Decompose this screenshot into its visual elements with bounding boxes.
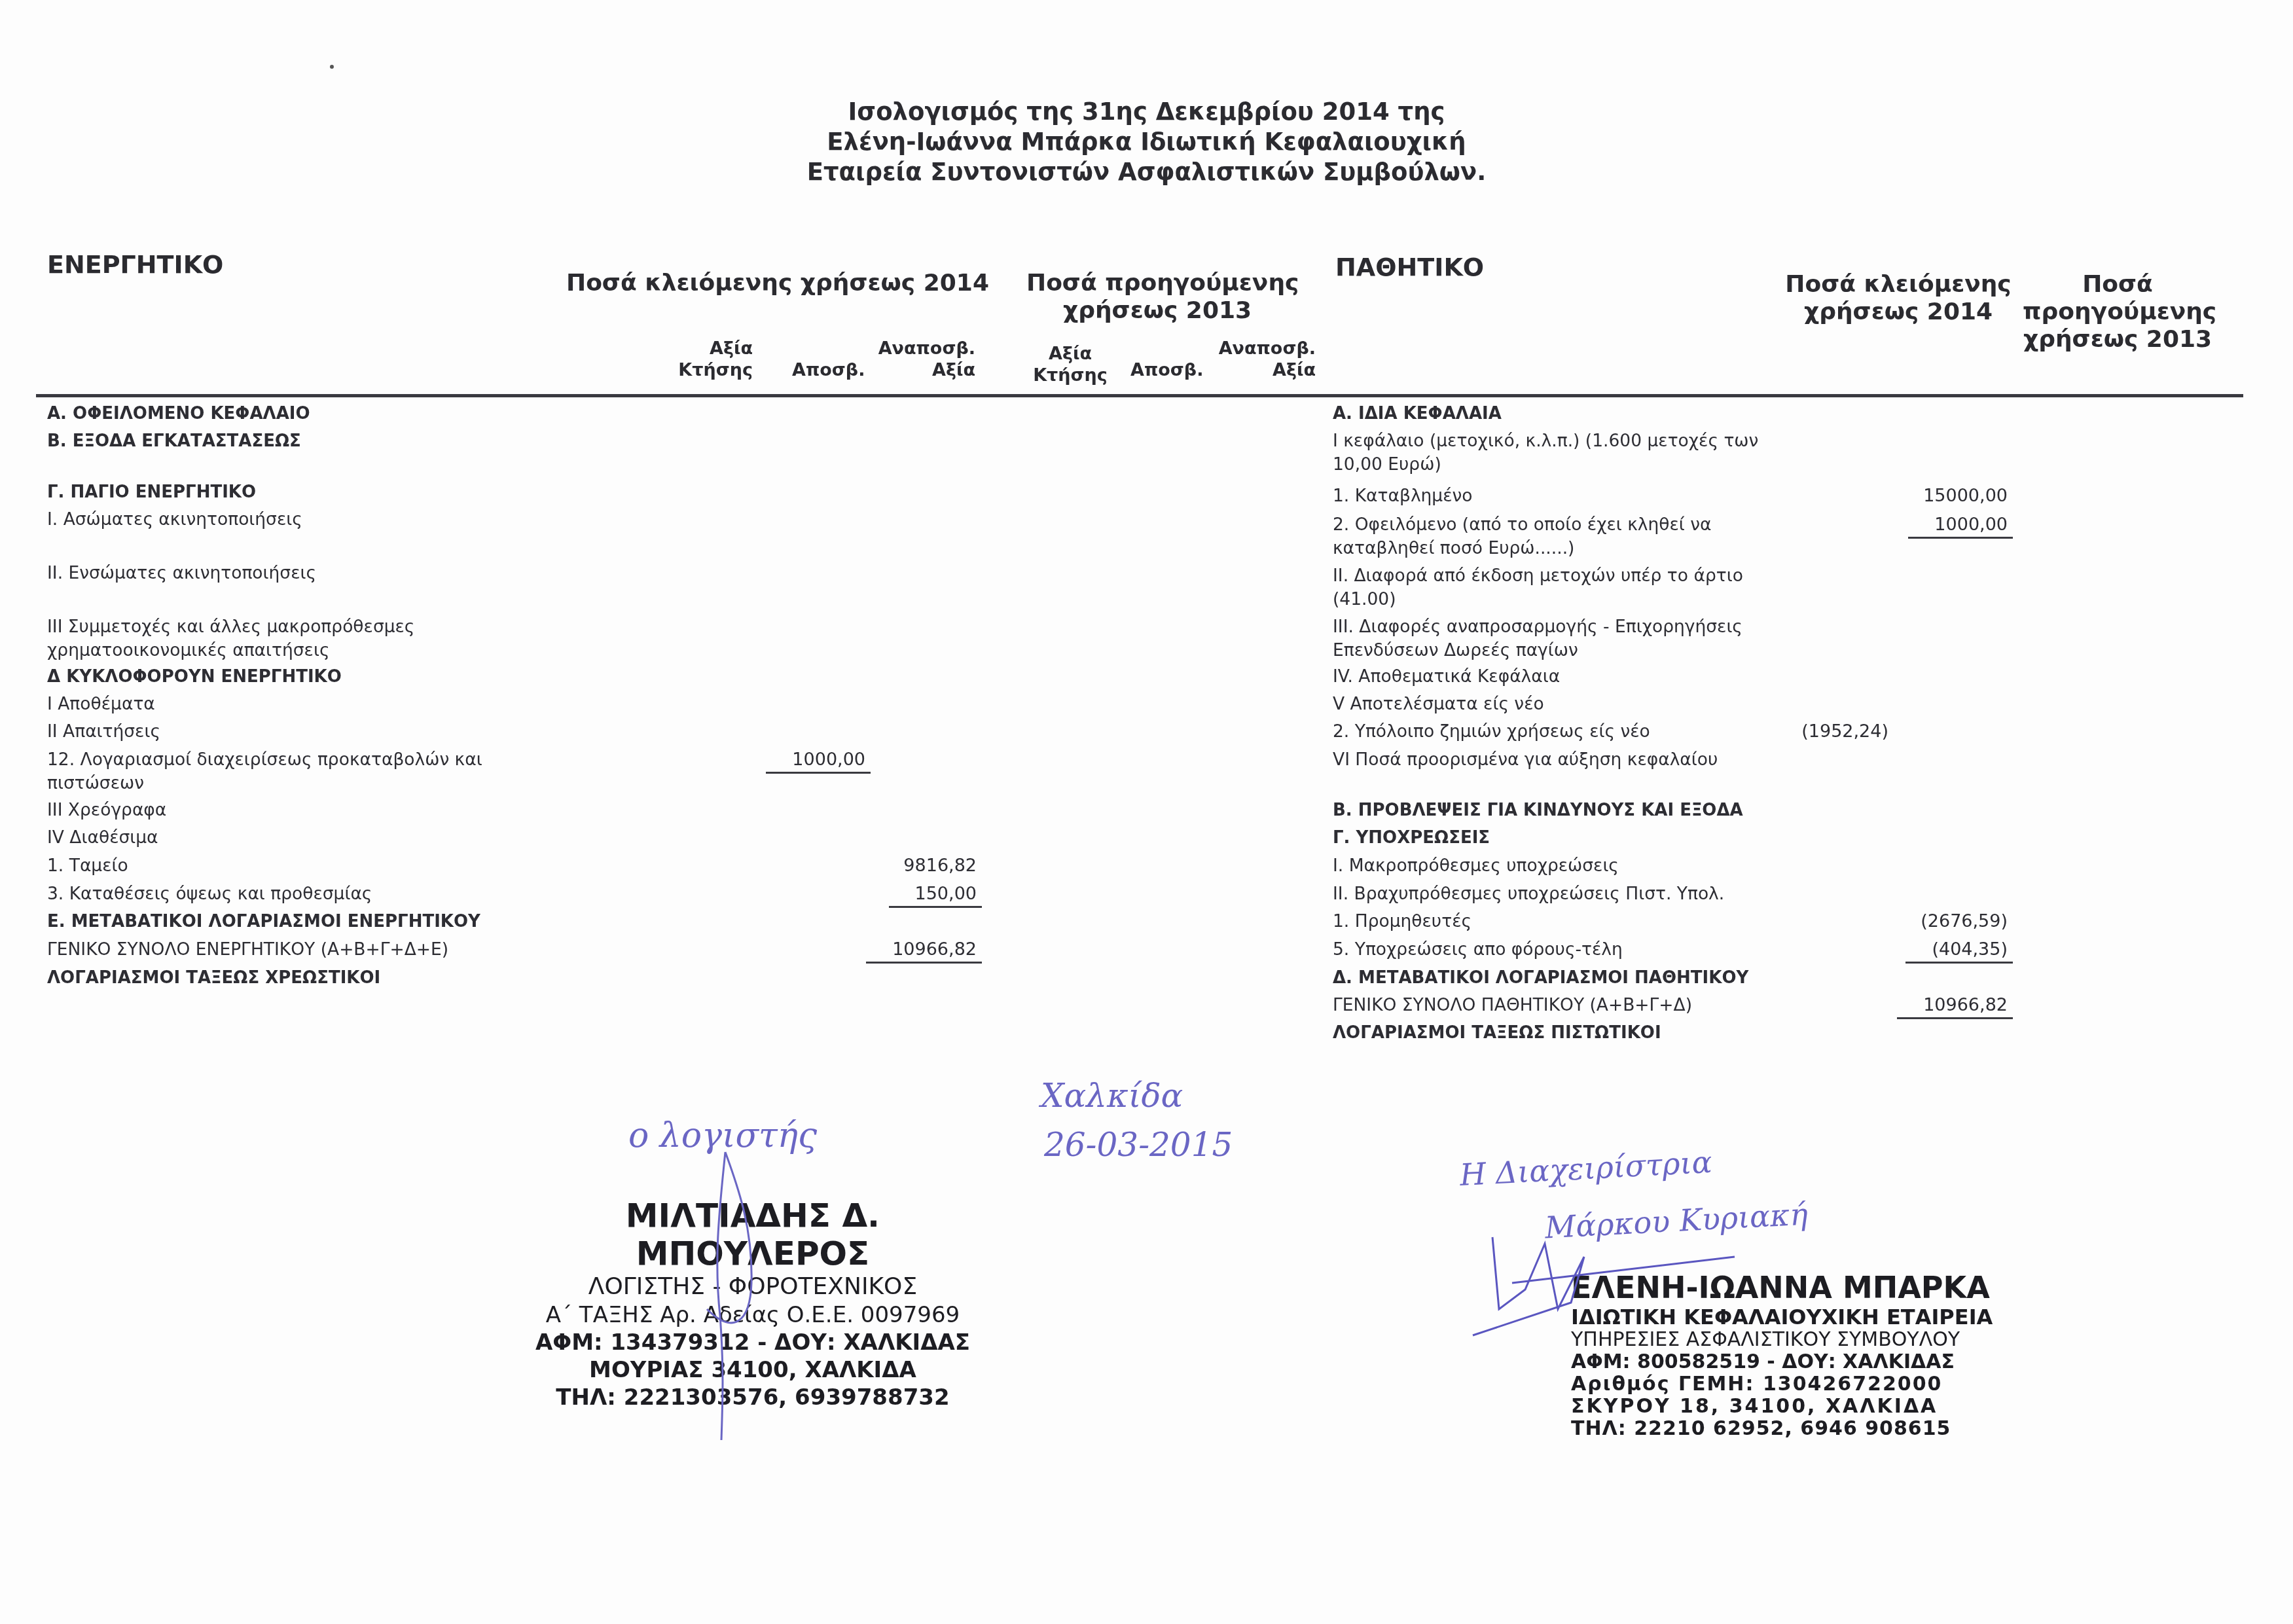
subcol-label: Κτήσης [661,359,753,381]
handwritten-date: 26-03-2015 [1044,1126,1233,1164]
liability-row-label: VI Ποσά προορισμένα για αύξηση κεφαλαίου [1333,748,1791,772]
asset-row-label: Α. ΟΦΕΙΛΟΜΕΝΟ ΚΕΦΑΛΑΙΟ [47,402,505,425]
liabilities-col-2014-header: Ποσά κλειόμενης χρήσεως 2014 [1780,271,2016,326]
handwritten-accountant-label: ο λογιστής [628,1116,817,1155]
liability-row-label: ΛΟΓΑΡΙΑΣΜΟΙ ΤΑΞΕΩΣ ΠΙΣΤΩΤΙΚΟΙ [1333,1021,1791,1045]
accountant-license: Α΄ ΤΑΞΗΣ Αρ. Αδείας Ο.Ε.Ε. 0097969 [524,1301,982,1329]
liab-col-2013-line-3: χρήσεως 2013 [2023,326,2212,353]
liability-row-label: 2. Υπόλοιπο ζημιών χρήσεως είς νέο [1333,720,1791,744]
company-phone: ΤΗΛ: 22210 62952, 6946 908615 [1571,1418,2016,1440]
liability-row-label: 2. Οφειλόμενο (από το οποίο έχει κληθεί … [1333,513,1791,560]
subcol-label: Αναποσβ. [1191,338,1316,359]
liabilities-heading: ΠΑΘΗΤΙΚΟ [1335,253,1484,281]
liabilities-col-2013-header: Ποσά προηγούμενης χρήσεως 2013 [2023,271,2212,353]
asset-row-label: ΙΙ. Ενσώματες ακινητοποιήσεις [47,562,505,585]
asset-value-net-2014: 150,00 [889,882,982,908]
liability-row-label: Β. ΠΡΟΒΛΕΨΕΙΣ ΓΙΑ ΚΙΝΔΥΝΟΥΣ ΚΑΙ ΕΞΟΔΑ [1333,799,1791,822]
liability-row-label: ΙΙ. Διαφορά από έκδοση μετοχών υπέρ το ά… [1333,564,1791,611]
manager-signature [1473,1231,1735,1335]
subcol-label: Αναποσβ. [851,338,975,359]
liability-row-label: 1. Καταβλημένο [1333,484,1791,508]
asset-row-label: 3. Καταθέσεις όψεως και προθεσμίας [47,882,505,906]
handwritten-manager-label: Η Διαχειρίστρια [1459,1144,1713,1193]
document-title-line-2: Ελένη-Ιωάννα Μπάρκα Ιδιωτική Κεφαλαιουχι… [0,127,2293,157]
header-divider [36,394,2243,397]
asset-row-label: IV Διαθέσιμα [47,826,505,850]
asset-value-acq-2014: 1000,00 [766,748,871,774]
liability-row-label: 5. Υποχρεώσεις απο φόρους-τέλη [1333,938,1791,962]
subcol-label: Αξία [661,338,753,359]
liability-value-2014: (404,35) [1905,938,2013,964]
asset-value-net-2014: 10966,82 [866,938,982,964]
company-gemi: Αριθμός ΓΕΜΗ: 130426722000 [1571,1373,2016,1396]
liability-row-label: ΓΕΝΙΚΟ ΣΥΝΟΛΟ ΠΑΘΗΤΙΚΟΥ (Α+Β+Γ+Δ) [1333,994,1791,1017]
subcol-label: Αξία [851,359,975,381]
asset-row-label: 12. Λογαριασμοί διαχειρίσεως προκαταβολώ… [47,748,505,795]
liability-value-2014: 15000,00 [1923,484,2013,508]
accountant-phone: ΤΗΛ: 2221303576, 6939788732 [524,1384,982,1411]
asset-row-label: ΓΕΝΙΚΟ ΣΥΝΟΛΟ ΕΝΕΡΓΗΤΙΚΟΥ (Α+Β+Γ+Δ+Ε) [47,938,505,962]
liab-col-2013-line-1: Ποσά [2023,271,2212,298]
document-title-line-1: Ισολογισμός της 31ης Δεκεμβρίου 2014 της [0,97,2293,127]
assets-col-2014-header: Ποσά κλειόμενης χρήσεως 2014 [566,270,989,297]
liability-row-label: Ι κεφάλαιο (μετοχικό, κ.λ.π.) (1.600 μετ… [1333,429,1791,477]
company-tax: ΑΦΜ: 800582519 - ΔΟΥ: ΧΑΛΚΙΔΑΣ [1571,1351,2016,1373]
accountant-stamp: ΜΙΛΤΙΑΔΗΣ Δ. ΜΠΟΥΛΕΡΟΣ ΛΟΓΙΣΤΗΣ - ΦΟΡΟΤΕ… [524,1197,982,1411]
subcol-acq-2014: Αξία Κτήσης [661,338,753,381]
liab-col-2014-line-1: Ποσά κλειόμενης [1780,271,2016,298]
subcol-label: Αξία [1028,343,1113,365]
liability-row-label: Ι. Μακροπρόθεσμες υποχρεώσεις [1333,854,1791,878]
asset-row-label: 1. Ταμείο [47,854,505,878]
handwritten-place: Χαλκίδα [1041,1077,1183,1115]
accountant-tax: ΑΦΜ: 134379312 - ΔΟΥ: ΧΑΛΚΙΔΑΣ [524,1329,982,1356]
liab-col-2013-line-2: προηγούμενης [2023,298,2212,326]
liability-row-label: 1. Προμηθευτές [1333,910,1791,933]
accountant-signature [694,1152,746,1440]
asset-row-label: ΙΙΙ Χρεόγραφα [47,799,505,822]
liability-row-label: ΙΙ. Βραχυπρόθεσμες υποχρεώσεις Πιστ. Υπο… [1333,882,1791,906]
asset-value-net-2014: 9816,82 [903,854,982,878]
subcol-net-2014: Αναποσβ. Αξία [851,338,975,381]
liability-row-label: V Αποτελέσματα είς νέο [1333,693,1791,716]
liability-row-label: ΙΙΙ. Διαφορές αναπροσαρμογής - Επιχορηγή… [1333,615,1791,662]
company-address: ΣΚΥΡΟΥ 18, 34100, ΧΑΛΚΙΔΑ [1571,1396,2016,1418]
liability-row-label: Γ. ΥΠΟΧΡΕΩΣΕΙΣ [1333,826,1791,850]
subcol-net-2013: Αναποσβ. Αξία [1191,338,1316,381]
scan-speck [330,65,334,69]
asset-row-label: Ι. Ασώματες ακινητοποιήσεις [47,508,505,532]
liability-value-2014: 1000,00 [1908,513,2013,539]
asset-row-label: Δ ΚΥΚΛΟΦΟΡΟΥΝ ΕΝΕΡΓΗΤΙΚΟ [47,665,505,689]
asset-row-label: ΛΟΓΑΡΙΑΣΜΟΙ ΤΑΞΕΩΣ ΧΡΕΩΣΤΙΚΟΙ [47,966,505,990]
asset-row-label: Ι Αποθέματα [47,693,505,716]
liability-row-label: Α. ΙΔΙΑ ΚΕΦΑΛΑΙΑ [1333,402,1791,425]
asset-row-label: Γ. ΠΑΓΙΟ ΕΝΕΡΓΗΤΙΚΟ [47,480,505,504]
liability-row-label: Δ. ΜΕΤΑΒΑΤΙΚΟΙ ΛΟΓΑΡΙΑΣΜΟΙ ΠΑΘΗΤΙΚΟΥ [1333,966,1791,990]
asset-row-label: ΙΙ Απαιτήσεις [47,720,505,744]
asset-row-label: Ε. ΜΕΤΑΒΑΤΙΚΟΙ ΛΟΓΑΡΙΑΣΜΟΙ ΕΝΕΡΓΗΤΙΚΟΥ [47,910,505,933]
document-title-line-3: Εταιρεία Συντονιστών Ασφαλιστικών Συμβού… [0,157,2293,187]
liability-value-result: (1952,24) [1801,720,1888,744]
assets-col-2013-line-2: χρήσεως 2013 [1026,297,1288,325]
liability-row-label: IV. Αποθεματικά Κεφάλαια [1333,665,1791,689]
liability-value-2014: (2676,59) [1921,910,2013,933]
liab-col-2014-line-2: χρήσεως 2014 [1780,298,2016,326]
accountant-name: ΜΙΛΤΙΑΔΗΣ Δ. ΜΠΟΥΛΕΡΟΣ [524,1197,982,1272]
subcol-acq-2013: Αξία Κτήσης [1028,343,1113,386]
asset-row-label: Β. ΕΞΟΔΑ ΕΓΚΑΤΑΣΤΑΣΕΩΣ [47,429,505,453]
assets-col-2013-line-1: Ποσά προηγούμενης [1026,270,1288,297]
accountant-title: ΛΟΓΙΣΤΗΣ - ΦΟΡΟΤΕΧΝΙΚΟΣ [524,1272,982,1301]
assets-col-2013-header: Ποσά προηγούμενης χρήσεως 2013 [1026,270,1288,325]
assets-heading: ΕΝΕΡΓΗΤΙΚΟ [47,250,223,279]
asset-row-label: ΙΙΙ Συμμετοχές και άλλες μακροπρόθεσμες … [47,615,505,662]
liability-value-2014: 10966,82 [1897,994,2013,1019]
subcol-label: Αξία [1191,359,1316,381]
accountant-address: ΜΟΥΡΙΑΣ 34100, ΧΑΛΚΙΔΑ [524,1356,982,1384]
subcol-label: Κτήσης [1028,365,1113,386]
